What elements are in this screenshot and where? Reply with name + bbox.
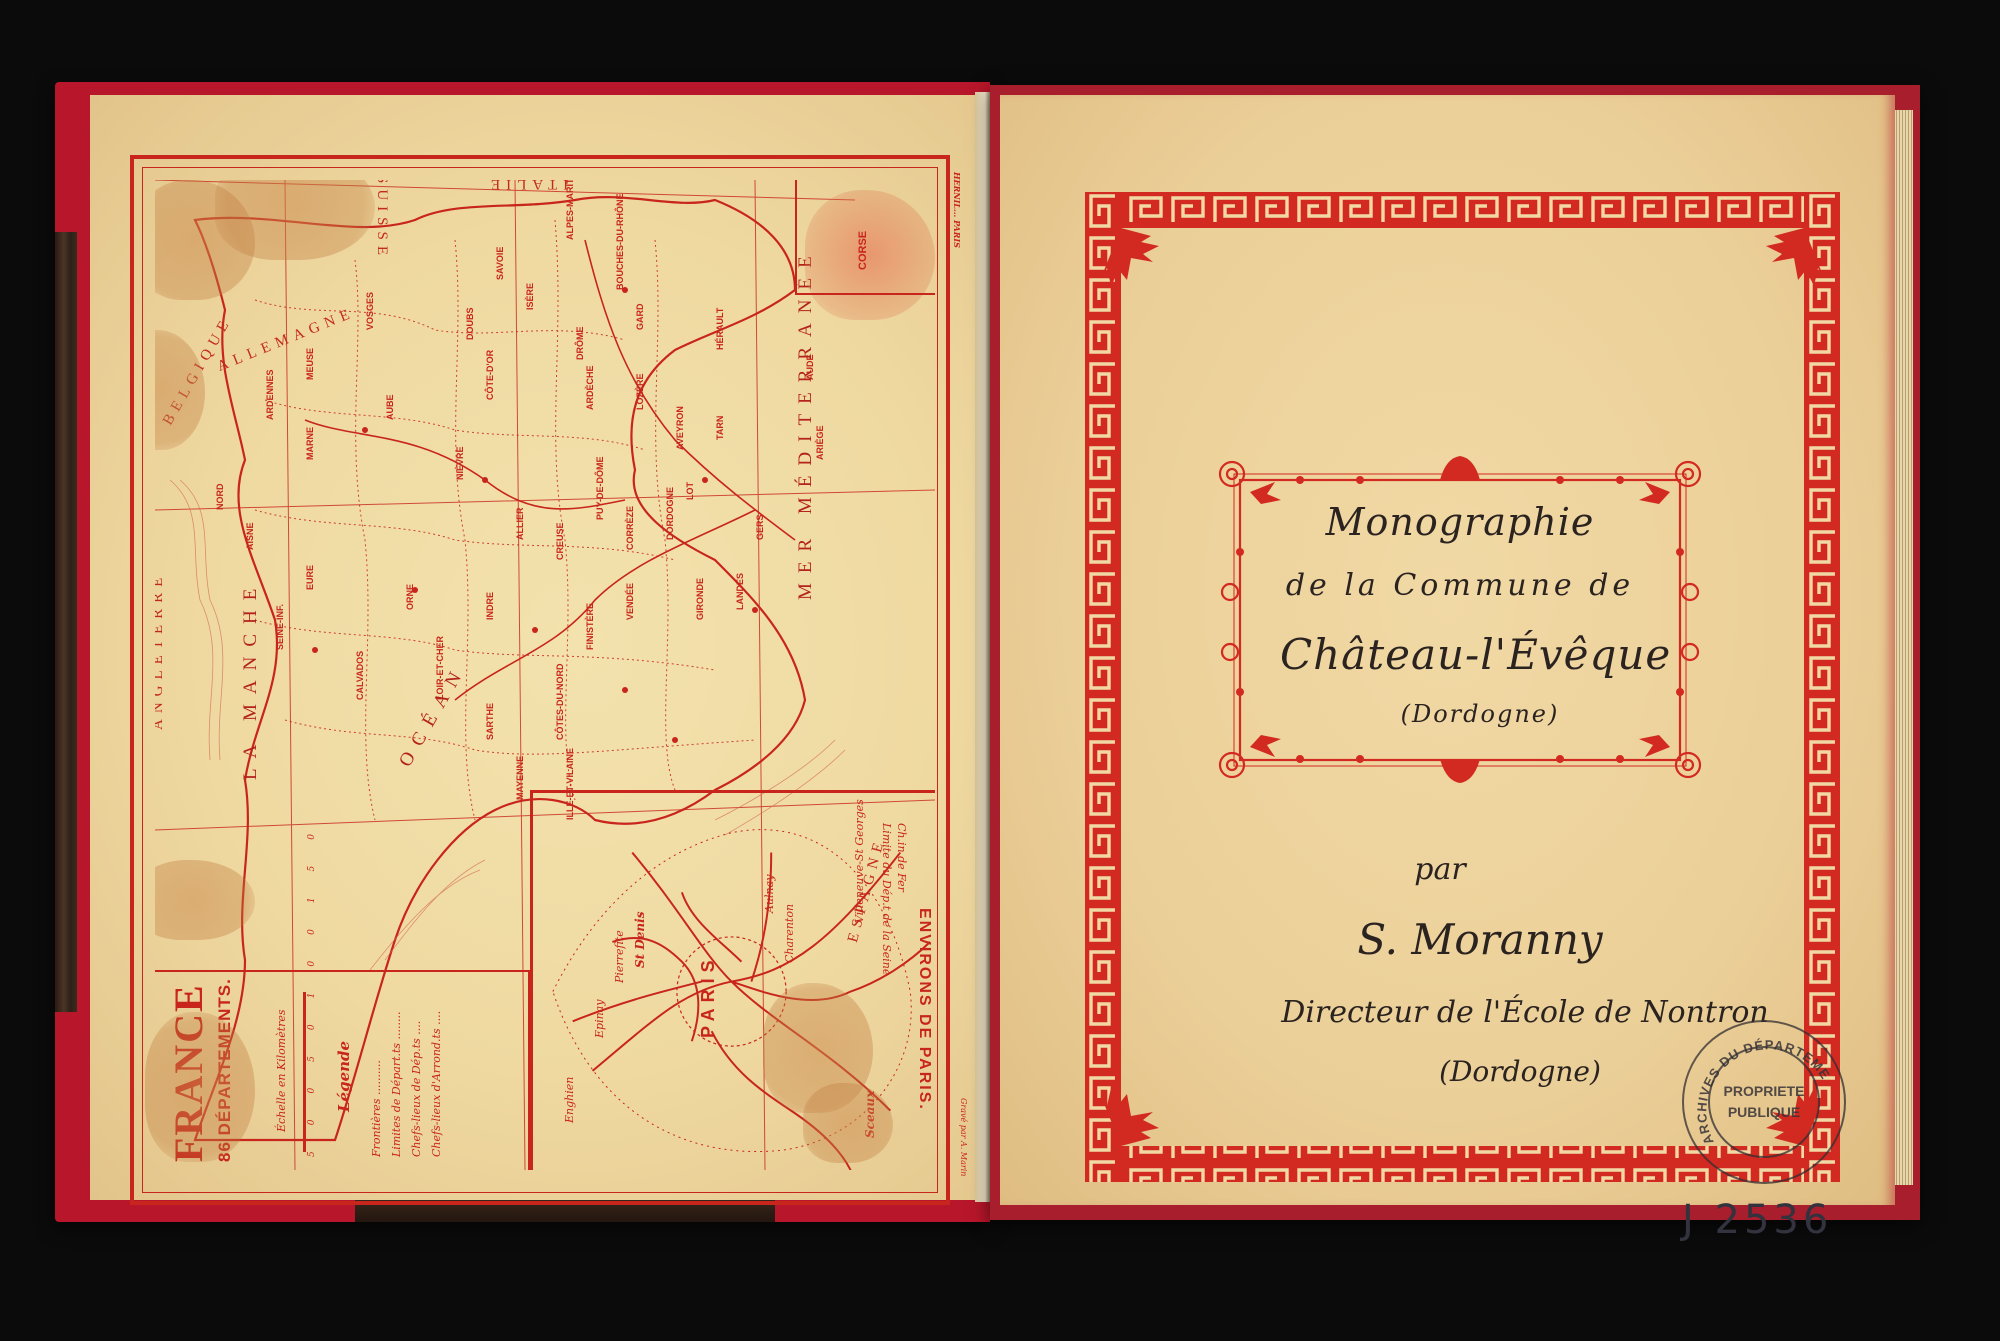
map-legend-box: FRANCE 86 DÉPARTEMENTS. Échelle en Kilom… [155,970,530,1170]
map-label-cotes-du-nord: MAYENNE [515,756,525,800]
map-label-morbihan: CÔTES-DU-NORD [555,664,565,741]
stamp-line-1: PROPRIETE [1724,1081,1805,1102]
map-label-bouches-du-rhone: BOUCHES-DU-RHÔNE [615,194,625,291]
map-label-correze: CORRÈZE [625,506,635,550]
map-label-landes: LANDES [735,573,745,610]
scale-bar [303,992,306,1152]
map-label-puy-de-dome: PUY-DE-DÔME [595,456,605,520]
title-de-la-commune: de la Commune de [1270,568,1650,603]
title-monographie: Monographie [1285,500,1635,544]
map-label-indre: INDRE [485,592,495,620]
map-label-loire-inf: FINISTÈRE [585,603,595,650]
map-label-eure: EURE [305,565,315,590]
water-stain [803,1083,893,1163]
map-label-allier: ALLIER [515,508,525,541]
paris-inset: PARIS St Denis Sceaux Enghien Epinay Pie… [530,790,935,1170]
map-label-nievre: NIÈVRE [455,446,465,480]
map-label-ille-et-vilaine: SARTHE [485,703,495,740]
paris-place-nogent: Aulnay [763,875,776,913]
map-label-gers: GERS [755,514,765,540]
paris-place-enghien: Enghien [563,1077,576,1123]
scale-ticks: 50050100150 [307,808,317,1157]
map-label-meuse: MEUSE [305,348,315,380]
legend-title: Légende [335,1041,353,1112]
title-commune-name: Château-l'Évêque [1280,630,1660,679]
legend-item-chefs-lieux-arr: Chefs-lieux d'Arrond.ts .... [430,1011,443,1157]
map-label-ardennes: ARDENNES [265,369,275,420]
author-region: (Dordogne) [1420,1055,1620,1088]
map-label-savoie: SAVOIE [495,247,505,280]
paris-place-villeneuve: Villeneuve-St Georges [853,799,866,923]
map-label-lozere: LOZÈRE [635,373,645,410]
map-label-suisse: SUISSE [373,180,390,261]
by-label: par [1395,852,1485,887]
stamp-center: PROPRIETE PUBLIQUE [1708,1046,1820,1158]
archive-stamp: ARCHIVES DU DÉPARTEMENT PROPRIETE PUBLIQ… [1682,1020,1846,1184]
scale-label: Échelle en Kilomètres [275,1009,288,1132]
map-label-cote-dor: CÔTE-D'OR [485,350,495,400]
map-label-lot: LOT [685,482,695,500]
map-label-corse: CORSE [857,231,869,270]
map-label-nord: NORD [215,484,225,511]
call-number: J 2536 [1682,1197,1832,1243]
title-department: (Dordogne) [1380,700,1580,728]
open-book: NORD AISNE ARDENNES MEUSE MARNE AUBE VOS… [0,0,2000,1341]
map-label-orne: ORNE [405,584,415,610]
map-label-aube: AUBE [385,394,395,420]
corsica-inset: CORSE [795,180,935,295]
marbled-board-edge [55,232,77,1012]
legend-item-limites: Limites de Départ.ts ........ [390,1011,403,1157]
paris-place-charenton: Charenton [783,904,796,963]
water-stain [145,1012,255,1162]
map-label-italie: ITALIE [485,180,568,192]
map-label-dordogne: DORDOGNE [665,487,675,540]
map-label-doubs: DOUBS [465,307,475,340]
map-label-angleterre: ANGLETERRE [155,572,167,730]
map-label-la-manche: LA MANCHE [240,579,262,780]
map-label-tarn: TARN [715,416,725,440]
map-label-calvados: CALVADOS [355,651,365,700]
paris-place-pierrefite: Pierrefite [613,930,626,983]
paris-label: PARIS [698,954,719,1038]
map-label-seine-inf: SEINE-INF. [275,604,285,650]
map-label-creuse: CREUSE [555,522,565,560]
stamp-line-2: PUBLIQUE [1728,1102,1800,1123]
map-label-aisne: AISNE [245,522,255,550]
paris-place-st-denis: St Denis [633,912,647,968]
paris-inset-legend-rail: Ch.in de Fer [895,823,908,892]
map-label-aveyron: AVEYRON [675,406,685,450]
map-label-vendee: VENDÉE [625,583,635,620]
map-label-isere: ISÈRE [525,283,535,310]
paris-inset-title: ENVIRONS DE PARIS. [915,908,933,1111]
paris-inset-legend-limit: Limite du Dép.t de la Seine [880,823,893,975]
map-label-marne: MARNE [305,427,315,460]
legend-item-chefs-lieux-dep: Chefs-lieux de Dép.ts .... [410,1021,423,1157]
paris-place-epinay: Epinay [593,1000,606,1038]
legend-item-frontieres: Frontières .......... [370,1060,383,1157]
map-label-vosges: VOSGES [365,292,375,330]
author-name: S. Moranny [1340,915,1620,964]
engraver-credit: Gravé par A. Marin [959,1098,968,1176]
map-label-drome: DRÔME [575,327,585,361]
publisher-credit: HERNIL... PARIS [952,172,962,248]
map-label-gironde: GIRONDE [695,578,705,620]
map-label-gard: GARD [635,304,645,331]
map-label-ardeche: ARDÈCHE [585,365,595,410]
map-label-herault: HÉRAULT [715,308,725,350]
